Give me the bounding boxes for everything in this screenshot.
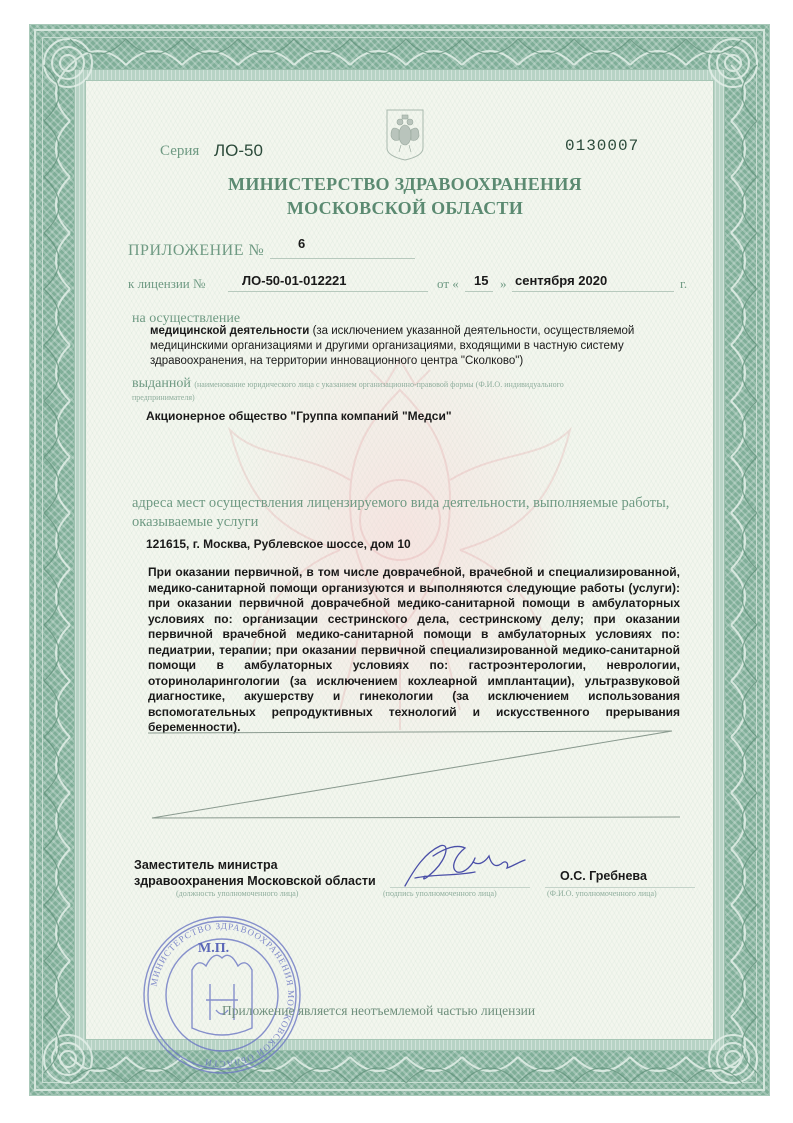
issued-label-word: выданной — [132, 376, 191, 391]
month-underline — [512, 291, 674, 292]
license-month-year: сентября 2020 — [515, 273, 607, 288]
license-underline — [228, 291, 428, 292]
position-caption: (должность уполномоченного лица) — [176, 889, 298, 898]
name-underline — [545, 887, 695, 888]
official-seal-icon: МИНИСТЕРСТВО ЗДРАВООХРАНЕНИЯ МОСКОВСКОЙ … — [140, 910, 305, 1080]
address-label: адреса мест осуществления лицензируемого… — [132, 494, 702, 532]
issued-to-label: выданной (наименование юридического лица… — [132, 376, 564, 392]
year-suffix: г. — [680, 276, 687, 292]
activity-description: медицинской деятельности (за исключением… — [150, 324, 690, 369]
license-number: ЛО-50-01-012221 — [242, 273, 347, 288]
works-services-text: При оказании первичной, в том числе довр… — [148, 565, 680, 736]
ministry-title: МИНИСТЕРСТВО ЗДРАВООХРАНЕНИЯ МОСКОВСКОЙ … — [150, 172, 660, 220]
day-underline — [465, 291, 493, 292]
serial-number: 0130007 — [565, 137, 639, 155]
name-caption: (Ф.И.О. уполномоченного лица) — [547, 889, 657, 898]
footer-note: Приложение является неотъемлемой частью … — [222, 1003, 535, 1019]
issued-caption: (наименование юридического лица с указан… — [194, 380, 563, 389]
russian-coat-of-arms-icon — [385, 108, 425, 162]
seal-label: М.П. — [198, 941, 229, 957]
activity-bold: медицинской деятельности — [150, 325, 309, 337]
signer-position-line1: Заместитель министра — [134, 857, 376, 873]
issued-caption-line2: предпринимателя) — [132, 393, 195, 402]
signer-position: Заместитель министра здравоохранения Мос… — [134, 857, 376, 889]
quote-close: » — [500, 276, 507, 292]
license-day: 15 — [474, 273, 488, 288]
appendix-label: ПРИЛОЖЕНИЕ № — [128, 242, 264, 260]
series-value: ЛО-50 — [214, 141, 263, 161]
license-label: к лицензии № — [128, 276, 205, 292]
organization-name: Акционерное общество "Группа компаний "М… — [146, 409, 452, 423]
appendix-underline — [270, 258, 415, 259]
ministry-title-line2: МОСКОВСКОЙ ОБЛАСТИ — [150, 196, 660, 220]
appendix-number: 6 — [298, 236, 305, 251]
date-from-label: от « — [437, 276, 459, 292]
handwritten-signature-icon — [395, 838, 535, 893]
address-value: 121615, г. Москва, Рублевское шоссе, дом… — [146, 537, 411, 551]
series-label: Серия — [160, 143, 199, 160]
signer-name: О.С. Гребнева — [560, 869, 647, 883]
ministry-title-line1: МИНИСТЕРСТВО ЗДРАВООХРАНЕНИЯ — [150, 172, 660, 196]
signer-position-line2: здравоохранения Московской области — [134, 873, 376, 889]
